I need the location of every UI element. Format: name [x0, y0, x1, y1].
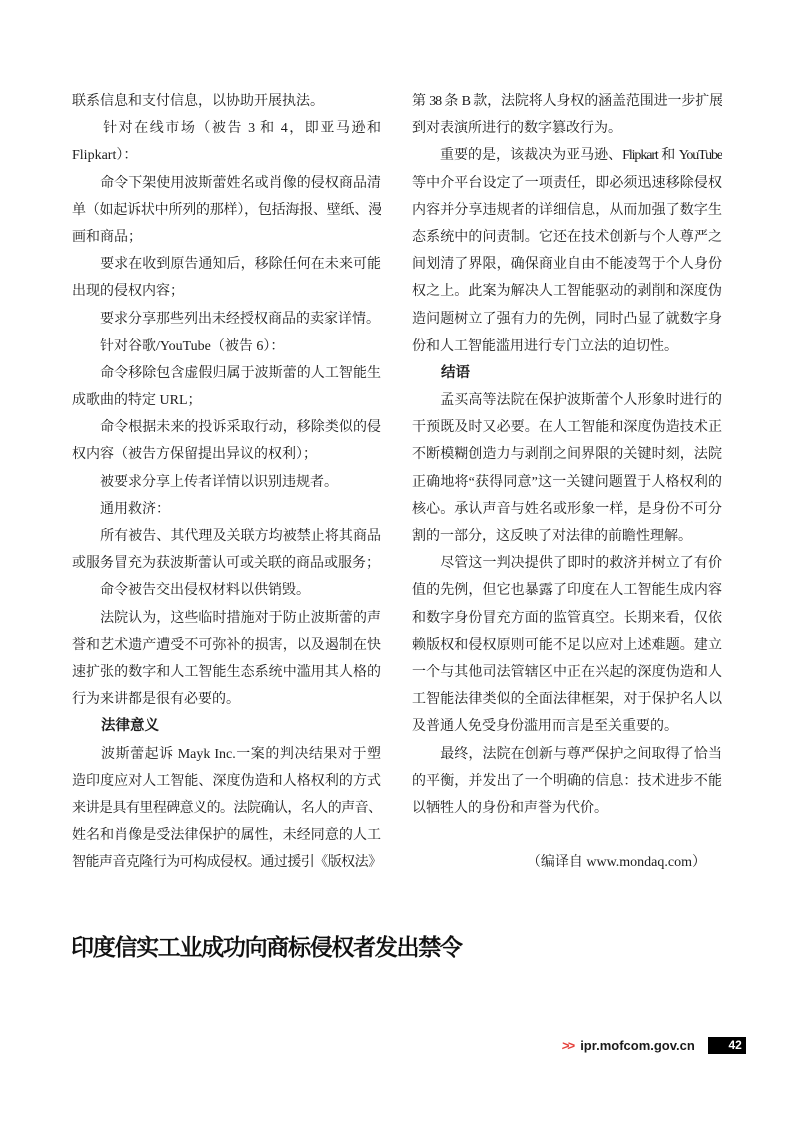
- text-line: 画和商品；: [72, 224, 381, 251]
- text-line: 态系统中的问责制。它还在技术创新与个人尊严之: [412, 224, 722, 251]
- text-line: 出现的侵权内容；: [72, 278, 381, 305]
- text-line: 间划清了界限，确保商业自由不能凌驾于个人身份: [412, 251, 722, 278]
- text-line: 命令移除包含虚假归属于波斯蕾的人工智能生: [72, 360, 381, 387]
- next-article-title: 印度信实工业成功向商标侵权者发出禁令: [71, 929, 462, 962]
- text-line: 被要求分享上传者详情以识别违规者。: [72, 469, 381, 496]
- text-line: 一个与其他司法管辖区中正在兴起的深度伪造和人: [412, 659, 722, 686]
- text-line: 所有被告、其代理及关联方均被禁止将其商品: [72, 523, 381, 550]
- text-line: 造问题树立了强有力的先例，同时凸显了就数字身: [412, 306, 722, 333]
- text-line: 结语: [412, 360, 722, 387]
- text-line: 通用救济：: [72, 496, 381, 523]
- text-line: 核心。承认声音与姓名或形象一样，是身份不可分: [412, 496, 722, 523]
- text-line: 干预既及时又必要。在人工智能和深度伪造技术正: [412, 414, 722, 441]
- chevron-right-icon: >>: [561, 1038, 574, 1053]
- right-text-column: 第 38 条 B 款，法院将人身权的涵盖范围进一步扩展到对表演所进行的数字篡改行…: [412, 88, 722, 876]
- text-line: 要求分享那些列出未经授权商品的卖家详情。: [72, 306, 381, 333]
- text-line: 来讲是具有里程碑意义的。法院确认，名人的声音、: [72, 795, 381, 822]
- text-line: 不断模糊创造力与剥削之间界限的关键时刻，法院: [412, 441, 722, 468]
- text-line: Flipkart）：: [72, 142, 381, 169]
- text-line: 波斯蕾起诉 Mayk Inc.一案的判决结果对于塑: [72, 741, 381, 768]
- text-line: 第 38 条 B 款，法院将人身权的涵盖范围进一步扩展: [412, 88, 722, 115]
- text-line: 到对表演所进行的数字篡改行为。: [412, 115, 722, 142]
- text-line: 值的先例，但它也暴露了印度在人工智能生成内容: [412, 577, 722, 604]
- text-line: 命令根据未来的投诉采取行动，移除类似的侵: [72, 414, 381, 441]
- text-line: 以牺牲人的身份和声誉为代价。: [412, 795, 722, 822]
- text-line: 姓名和肖像是受法律保护的属性，未经同意的人工: [72, 822, 381, 849]
- text-line: 或服务冒充为获波斯蕾认可或关联的商品或服务；: [72, 550, 381, 577]
- text-line: （编译自 www.mondaq.com）: [412, 849, 722, 876]
- text-line: 速扩张的数字和人工智能生态系统中滥用其人格的: [72, 659, 381, 686]
- text-line: 命令被告交出侵权材料以供销毁。: [72, 577, 381, 604]
- text-line: 联系信息和支付信息，以协助开展执法。: [72, 88, 381, 115]
- text-line: 权之上。此案为解决人工智能驱动的剥削和深度伪: [412, 278, 722, 305]
- text-line: 及普通人免受身份滥用而言是至关重要的。: [412, 713, 722, 740]
- text-line: 成歌曲的特定 URL；: [72, 387, 381, 414]
- text-line: 法律意义: [72, 713, 381, 740]
- text-line: 和数字身份冒充方面的监管真空。长期来看，仅依: [412, 605, 722, 632]
- text-line: 权内容（被告方保留提出异议的权利）；: [72, 441, 381, 468]
- page-number-badge: 42: [708, 1037, 746, 1054]
- text-line: 份和人工智能滥用进行专门立法的迫切性。: [412, 333, 722, 360]
- text-line: 针对谷歌/YouTube（被告 6）：: [72, 333, 381, 360]
- text-line: 最终，法院在创新与尊严保护之间取得了恰当: [412, 741, 722, 768]
- text-line: 重要的是，该裁决为亚马逊、Flipkart 和 YouTube: [412, 142, 722, 169]
- text-line: 造印度应对人工智能、深度伪造和人格权利的方式: [72, 768, 381, 795]
- text-line: 正确地将“获得同意”这一关键问题置于人格权利的: [412, 469, 722, 496]
- text-line: 赖版权和侵权原则可能不足以应对上述难题。建立: [412, 632, 722, 659]
- text-line: 针对在线市场（被告 3 和 4，即亚马逊和: [72, 115, 381, 142]
- document-page: 联系信息和支付信息，以协助开展执法。 针对在线市场（被告 3 和 4，即亚马逊和…: [0, 0, 794, 1123]
- text-line: 等中介平台设定了一项责任，即必须迅速移除侵权: [412, 170, 722, 197]
- text-line: 行为来讲都是很有必要的。: [72, 686, 381, 713]
- text-line: 割的一部分，这反映了对法律的前瞻性理解。: [412, 523, 722, 550]
- text-line: [412, 822, 722, 849]
- text-line: 法院认为，这些临时措施对于防止波斯蕾的声: [72, 605, 381, 632]
- text-line: 誉和艺术遗产遭受不可弥补的损害，以及遏制在快: [72, 632, 381, 659]
- text-line: 孟买高等法院在保护波斯蕾个人形象时进行的: [412, 387, 722, 414]
- text-line: 内容并分享违规者的详细信息，从而加强了数字生: [412, 197, 722, 224]
- text-line: 的平衡，并发出了一个明确的信息：技术进步不能: [412, 768, 722, 795]
- text-line: 工智能法律类似的全面法律框架，对于保护名人以: [412, 686, 722, 713]
- text-line: 智能声音克隆行为可构成侵权。通过援引《版权法》: [72, 849, 381, 876]
- text-line: 命令下架使用波斯蕾姓名或肖像的侵权商品清: [72, 170, 381, 197]
- footer-site-url: ipr.mofcom.gov.cn: [580, 1038, 695, 1053]
- text-line: 要求在收到原告通知后，移除任何在未来可能: [72, 251, 381, 278]
- page-footer: >> ipr.mofcom.gov.cn 42: [562, 1036, 746, 1054]
- text-line: 单（如起诉状中所列的那样），包括海报、壁纸、漫: [72, 197, 381, 224]
- text-line: 尽管这一判决提供了即时的救济并树立了有价: [412, 550, 722, 577]
- left-text-column: 联系信息和支付信息，以协助开展执法。 针对在线市场（被告 3 和 4，即亚马逊和…: [72, 88, 381, 876]
